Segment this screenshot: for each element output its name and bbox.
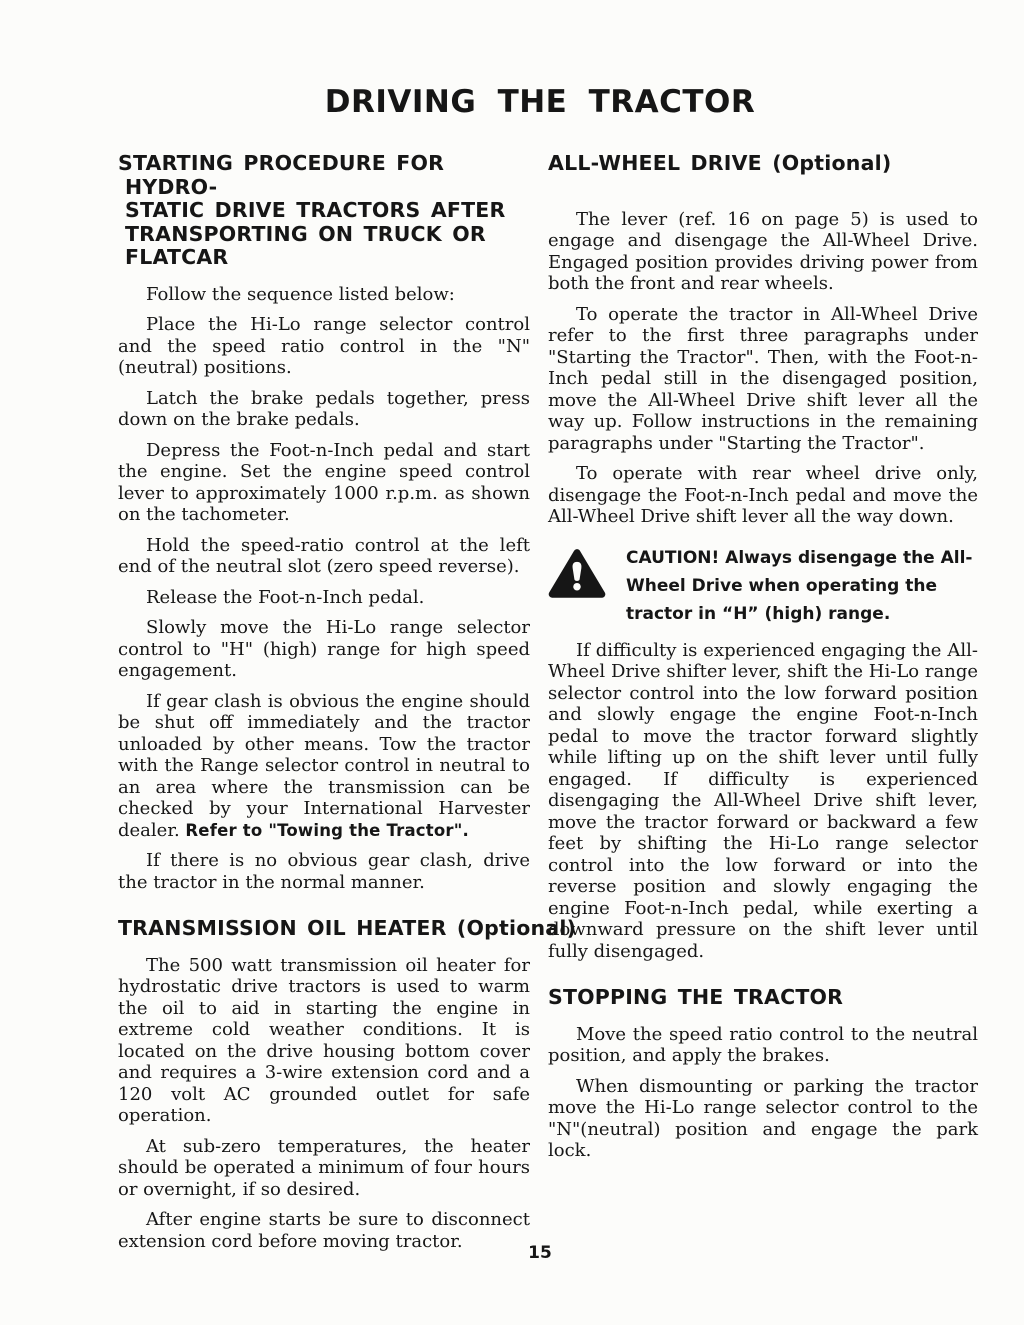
manual-page: DRIVING THE TRACTOR STARTING PROCEDURE F… [0, 0, 1024, 1325]
right-column: ALL-WHEEL DRIVE (Optional) The lever (re… [548, 152, 978, 1171]
paragraph: When dismounting or parking the tractor … [548, 1076, 978, 1162]
paragraph: To operate the tractor in All-Wheel Driv… [548, 304, 978, 455]
paragraph: If there is no obvious gear clash, drive… [118, 850, 530, 893]
paragraph-text: If gear clash is obvious the engine shou… [118, 691, 530, 841]
paragraph: Depress the Foot-n-Inch pedal and start … [118, 440, 530, 526]
section-heading-transmission-oil-heater: TRANSMISSION OIL HEATER (Optional) [118, 917, 530, 941]
section-transmission-oil-heater: TRANSMISSION OIL HEATER (Optional) The 5… [118, 917, 530, 1252]
paragraph: Release the Foot-n-Inch pedal. [118, 587, 530, 609]
paragraph: Slowly move the Hi-Lo range selector con… [118, 617, 530, 682]
paragraph: The lever (ref. 16 on page 5) is used to… [548, 209, 978, 295]
ref-note: Refer to "Towing the Tractor". [185, 821, 469, 840]
section-heading-stopping-the-tractor: STOPPING THE TRACTOR [548, 986, 978, 1010]
paragraph: To operate with rear wheel drive only, d… [548, 463, 978, 528]
page-number: 15 [0, 1243, 1024, 1263]
paragraph: Move the speed ratio control to the neut… [548, 1024, 978, 1067]
section-heading-starting-procedure: STARTING PROCEDURE FOR HYDRO- STATIC DRI… [118, 152, 530, 270]
section-starting-procedure: STARTING PROCEDURE FOR HYDRO- STATIC DRI… [118, 152, 530, 893]
left-column: STARTING PROCEDURE FOR HYDRO- STATIC DRI… [118, 152, 530, 1261]
paragraph: Hold the speed-ratio control at the left… [118, 535, 530, 578]
paragraph: At sub-zero temperatures, the heater sho… [118, 1136, 530, 1201]
section-stopping-the-tractor: STOPPING THE TRACTOR Move the speed rati… [548, 986, 978, 1162]
section-heading-all-wheel-drive: ALL-WHEEL DRIVE (Optional) [548, 152, 978, 176]
page-title: DRIVING THE TRACTOR [0, 84, 1024, 120]
section-all-wheel-drive: ALL-WHEEL DRIVE (Optional) The lever (re… [548, 152, 978, 962]
paragraph: If difficulty is experienced engaging th… [548, 640, 978, 963]
paragraph: Place the Hi-Lo range selector control a… [118, 314, 530, 379]
caution-box: CAUTION! Always disengage the All-Wheel … [548, 544, 978, 628]
paragraph: Follow the sequence listed below: [118, 284, 530, 306]
paragraph: The 500 watt transmission oil heater for… [118, 955, 530, 1127]
paragraph: If gear clash is obvious the engine shou… [118, 691, 530, 842]
warning-triangle-icon [548, 548, 606, 604]
caution-text: CAUTION! Always disengage the All-Wheel … [626, 544, 978, 628]
paragraph: Latch the brake pedals together, press d… [118, 388, 530, 431]
